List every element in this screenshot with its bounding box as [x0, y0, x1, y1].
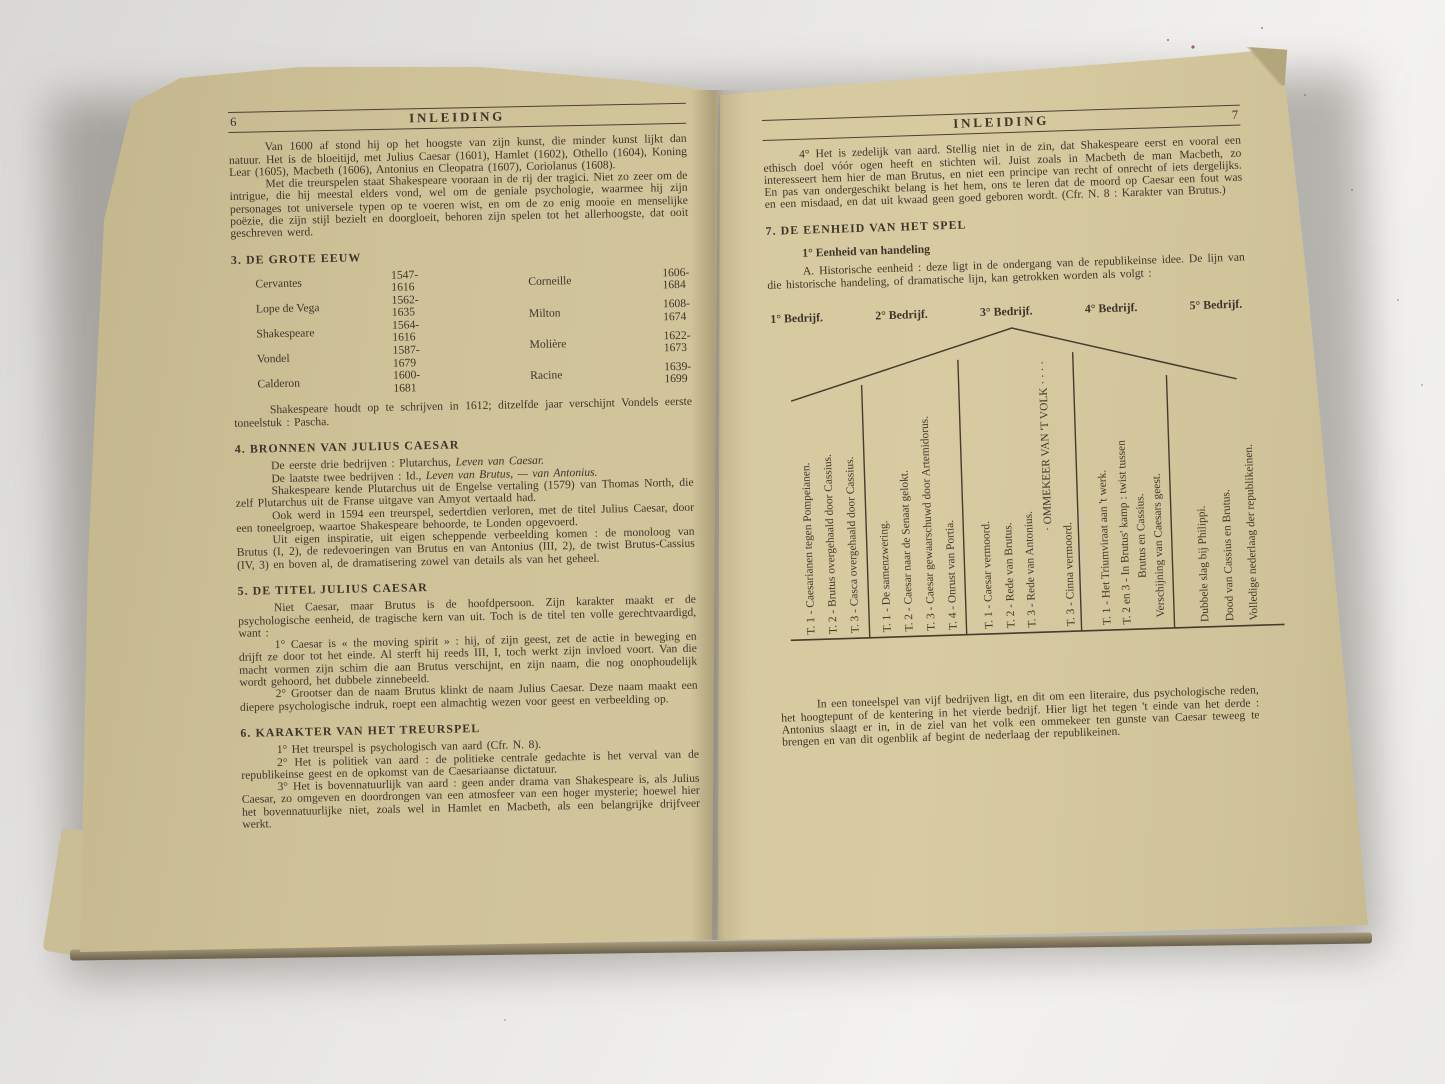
author-name: Shakespeare — [256, 320, 392, 348]
table-row: Corneille1606-1684 — [528, 264, 690, 299]
author-name: Racine — [530, 358, 665, 392]
table-row: Milton1608-1674 — [529, 295, 691, 330]
author-years: 1547-1616 — [391, 269, 419, 295]
author-years: 1600-1681 — [393, 370, 421, 396]
right-page-content: INLEIDING 7 4° Het is zedelijk van aard.… — [762, 105, 1260, 750]
scene-label: T. 3 - Caesar gewaarschuwd door Artemido… — [919, 416, 938, 631]
author-years: 1622-1673 — [663, 326, 691, 358]
act-divider-2 — [958, 360, 967, 635]
scene-label: T. 2 - Brutus overgehaald door Cassius. — [822, 454, 840, 634]
section-4-paragraph-3: Uit eigen inspiratie, uit eigen scheppen… — [236, 526, 695, 572]
author-name: Vondel — [257, 345, 393, 373]
scene-label: Volledige nederlaag der republikeinen. — [1243, 444, 1261, 621]
authors-table-left: Cervantes1547-1616 Lope de Vega1562-1635… — [255, 269, 420, 398]
section-5-body: Niet Caesar, maar Brutus is de hoofdpers… — [238, 594, 698, 714]
scene-label-ommekeer: · OMMEKEER VAN 'T VOLK · · · · — [1037, 361, 1054, 531]
section-6-paragraph-3: 3° Het is bovennatuurlijk van aard : gee… — [241, 773, 700, 831]
act-label-2: 2° Bedrijf. — [875, 308, 928, 322]
scene-label: T. 4 - Onrust van Portia. — [944, 520, 960, 631]
scene-label: T. 1 - Het Triumviraat aan 't werk. — [1096, 470, 1113, 626]
table-row: Racine1639-1699 — [530, 358, 692, 393]
section-6-heading: 6. KARAKTER VAN HET TREURSPEL — [240, 718, 698, 739]
scene-label: T. 3 - Casca overgehaald door Cassius. — [844, 457, 862, 634]
head-spacer — [650, 117, 684, 118]
author-years: 1606-1684 — [662, 264, 690, 296]
act-divider-1 — [862, 385, 870, 638]
author-name: Corneille — [528, 264, 663, 298]
author-name: Lope de Vega — [256, 295, 392, 323]
act-label-4: 4° Bedrijf. — [1085, 301, 1138, 315]
scene-label: T. 3 - Cinna vermoord. — [1062, 522, 1077, 627]
scene-label: T. 1 - Caesar vermoord. — [980, 521, 995, 629]
section-6-body: 1° Het treurspel is psychologisch van aa… — [241, 736, 701, 831]
author-years: 1562-1635 — [391, 294, 419, 320]
section-4-heading: 4. BRONNEN VAN JULIUS CAESAR — [235, 434, 693, 455]
head-spacer — [764, 133, 798, 134]
section-3: 3. DE GROTE EEUW Cervantes1547-1616 Lope… — [231, 244, 692, 430]
scene-label: T. 1 - Caesarianen tegen Pompeianen. — [800, 463, 818, 636]
photo-scene: 6 INLEIDING Van 1600 af stond hij op het… — [0, 0, 1445, 1084]
intro-paragraph-2: Met die treurspelen staat Shakespeare vo… — [229, 170, 688, 241]
author-name: Cervantes — [255, 270, 391, 298]
author-years: 1608-1674 — [663, 295, 691, 327]
scene-label: Dubbele slag bij Philippi. — [1196, 505, 1212, 622]
scene-label: T. 2 - Caesar naar de Senaat gelokt. — [898, 470, 915, 632]
author-years: 1587-1679 — [393, 344, 421, 370]
authors-table-right: Corneille1606-1684 Milton1608-1674 Moliè… — [528, 264, 692, 393]
act-label-1: 1° Bedrijf. — [770, 311, 823, 325]
section-4-body: De eerste drie bedrijven : Plutarchus, L… — [235, 452, 695, 572]
diagram-roof-line — [789, 321, 1237, 401]
section-5: 5. DE TITEL JULIUS CAESAR Niet Caesar, m… — [237, 576, 697, 714]
act-divider-4 — [1166, 375, 1174, 628]
authors-table: Cervantes1547-1616 Lope de Vega1562-1635… — [255, 264, 691, 398]
section-7-heading: 7. DE EENHEID VAN HET SPEL — [765, 209, 1243, 237]
left-page-content: 6 INLEIDING Van 1600 af stond hij op het… — [228, 103, 700, 831]
left-running-head-title: INLEIDING — [264, 108, 650, 128]
paragraph-4-zedelijk: 4° Het is zedelijk van aard. Stellig nie… — [763, 135, 1243, 212]
scene-label: T. 2 - Rede van Brutus. — [1002, 522, 1017, 628]
section-3-heading: 3. DE GROTE EEUW — [231, 244, 689, 265]
dramatic-arc-diagram: T. 1 - Caesarianen tegen Pompeianen. T. … — [769, 312, 1289, 660]
left-page-number: 6 — [230, 115, 264, 128]
page-corner-fold — [1237, 46, 1287, 85]
author-years: 1564-1616 — [392, 319, 420, 345]
section-4: 4. BRONNEN VAN JULIUS CAESAR De eerste d… — [235, 434, 695, 572]
scene-label: Dood van Cassius en Brutus. — [1220, 489, 1236, 621]
scene-label: T. 3 - Rede van Antonius. — [1023, 511, 1039, 628]
scene-label: T. 1 - De samenzwering. — [878, 520, 894, 632]
author-name: Milton — [529, 296, 664, 330]
section-6: 6. KARAKTER VAN HET TREURSPEL 1° Het tre… — [240, 718, 700, 832]
right-page-number: 7 — [1204, 109, 1238, 122]
author-years: 1639-1699 — [664, 358, 692, 390]
section-3-note: Shakespeare houdt op te schrijven in 161… — [234, 396, 692, 430]
section-7: 7. DE EENHEID VAN HET SPEL 1° Eenheid va… — [765, 209, 1245, 292]
author-name: Calderon — [257, 370, 393, 398]
table-row: Calderon1600-1681 — [257, 370, 420, 398]
act-label-3: 3° Bedrijf. — [980, 304, 1033, 318]
act-label-5: 5° Bedrijf. — [1189, 298, 1242, 312]
author-name: Molière — [529, 327, 664, 361]
scene-label: Verschijning van Caesars geest. — [1151, 473, 1168, 618]
table-row: Molière1622-1673 — [529, 326, 691, 361]
scene-label: Brutus en Cassius. — [1134, 493, 1149, 578]
scene-label: T. 2 en 3 - In Brutus' kamp : twist tuss… — [1116, 440, 1134, 625]
